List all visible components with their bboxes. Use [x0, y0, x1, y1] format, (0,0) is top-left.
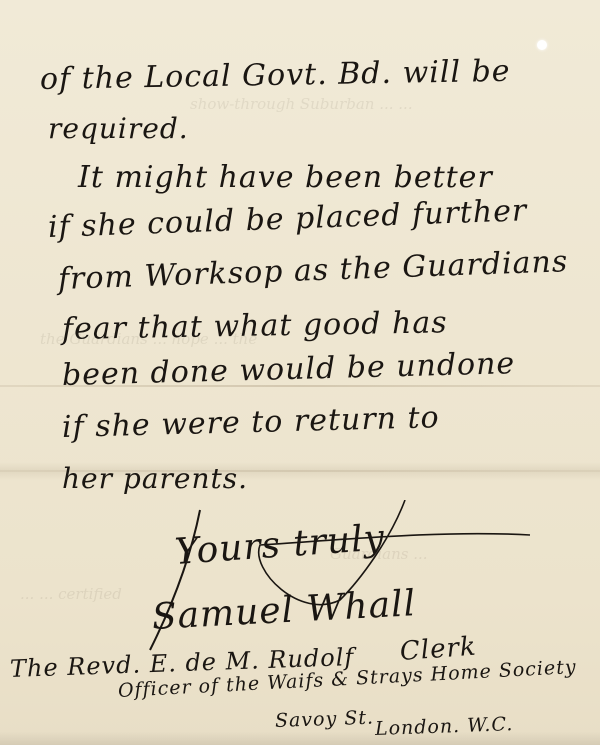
paper-hole [537, 40, 547, 50]
letter-line: fear that what good has [62, 305, 448, 347]
show-through-text: show-through Suburban ... ... [190, 95, 413, 113]
addressee-street: Savoy St. [275, 707, 375, 732]
signature: Samuel Whall [151, 583, 417, 638]
letter-line: It might have been better [78, 160, 493, 195]
letter-page: show-through Suburban ... ... the Guardi… [0, 0, 600, 745]
letter-line: from Worksop as the Guardians [57, 244, 568, 297]
valediction: Yours truly [174, 517, 387, 573]
letter-line: of the Local Govt. Bd. will be [40, 54, 511, 97]
letter-line: if she were to return to [62, 400, 441, 445]
show-through-text: ... ... certified [20, 585, 122, 603]
letter-line: if she could be placed further [47, 193, 527, 245]
letter-line: required. [48, 112, 189, 145]
torn-edge [0, 731, 600, 745]
letter-line: her parents. [62, 462, 248, 495]
